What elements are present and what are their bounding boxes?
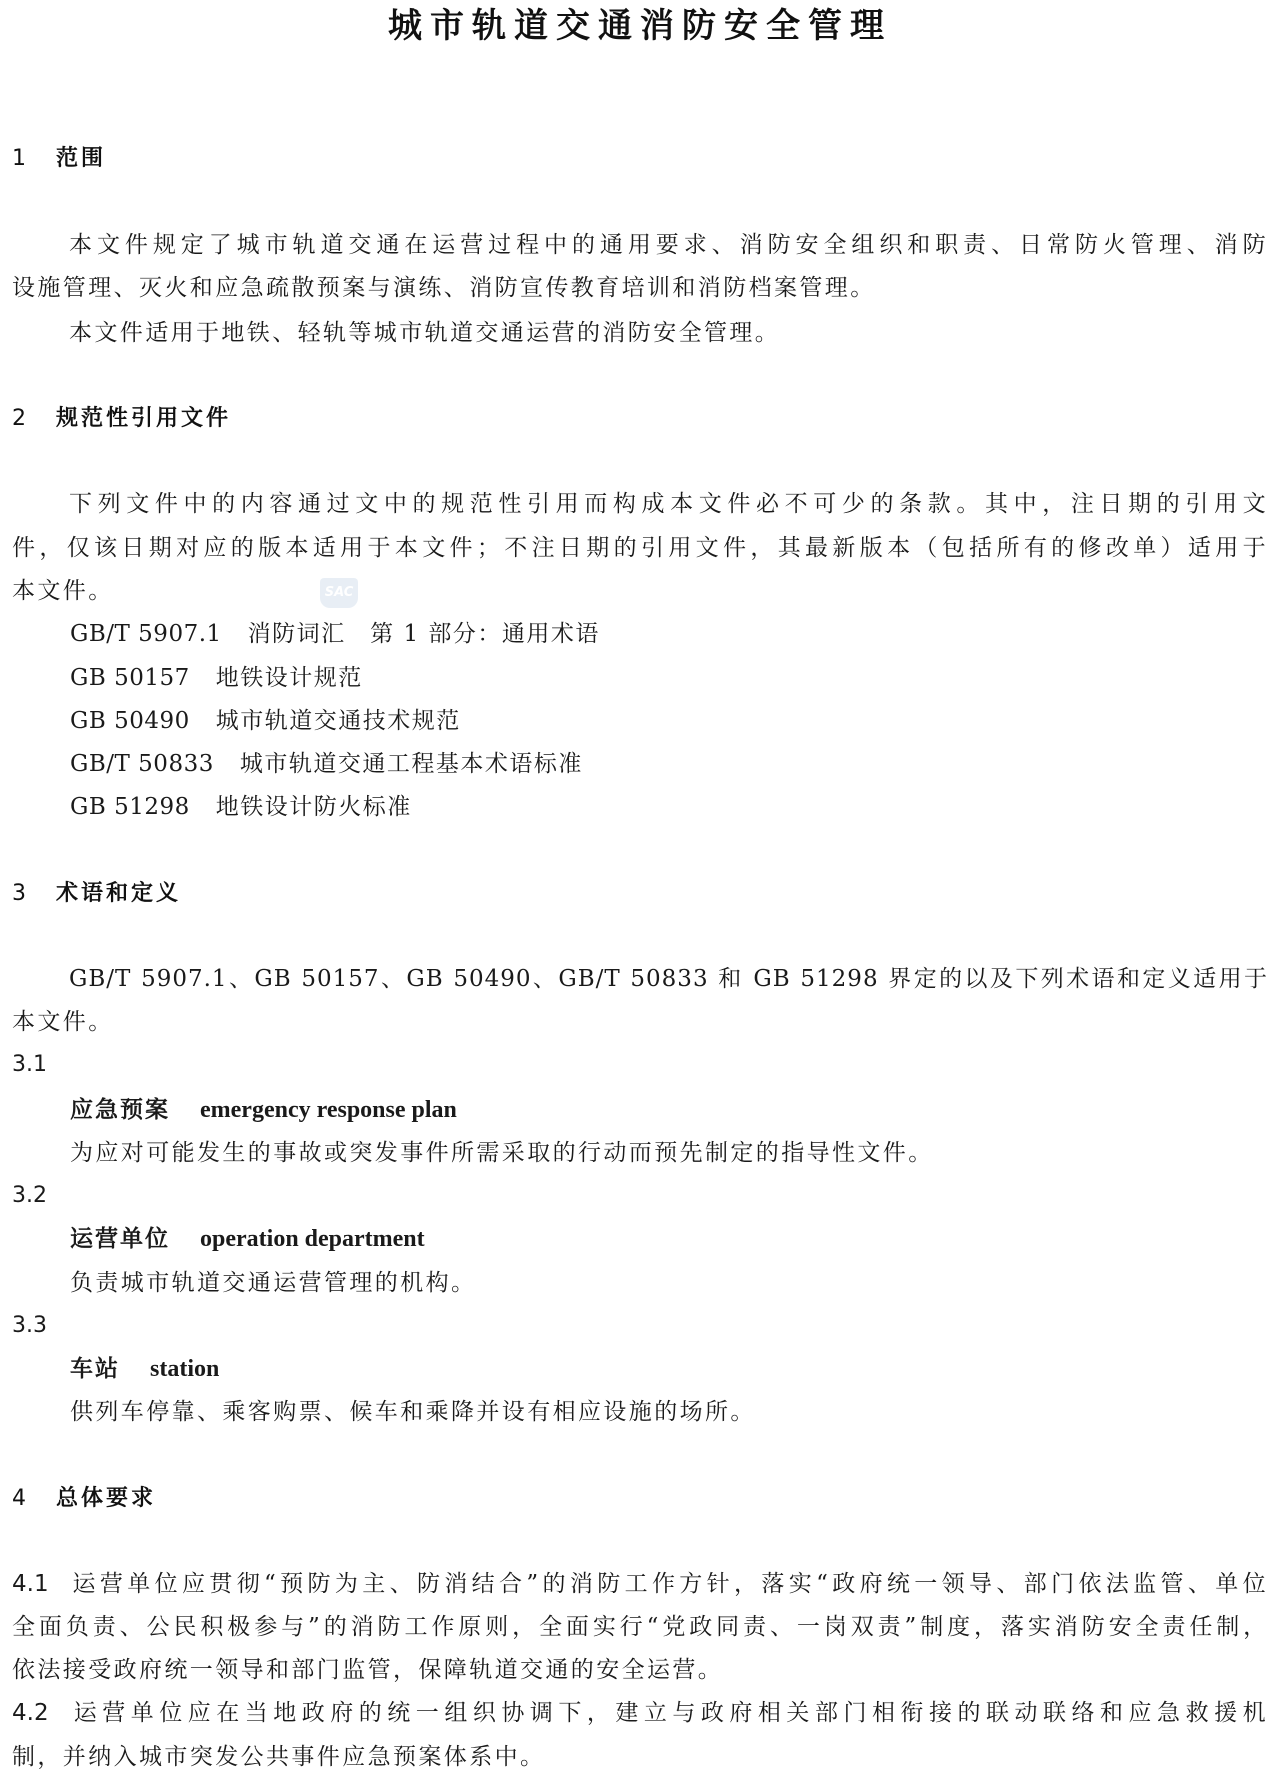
reference-title: 城市轨道交通工程基本术语标准	[240, 751, 583, 777]
term-number: 3.1	[12, 1049, 47, 1081]
term-number: 3.2	[12, 1180, 47, 1212]
term-en: emergency response plan	[200, 1097, 457, 1123]
reference-item: GB/T 50833城市轨道交通工程基本术语标准	[70, 747, 583, 781]
clause-line: 4.2运营单位应在当地政府的统一组织协调下，建立与政府相关部门相衔接的联动联络和…	[12, 1696, 1268, 1730]
clause-line: 全面负责、公民积极参与”的消防工作原则，全面实行“党政同责、一岗双责”制度，落实…	[12, 1610, 1268, 1644]
section-heading-general-requirements: 4 总体要求	[0, 1484, 400, 1514]
term-entry: 车站station	[70, 1352, 219, 1386]
clause-number: 4.1	[12, 1571, 49, 1597]
section-heading-scope: 1 范围	[0, 144, 400, 174]
section-title: 规范性引用文件	[56, 404, 231, 434]
term-entry: 运营单位operation department	[70, 1222, 425, 1256]
paragraph-line: 本文件适用于地铁、轻轨等城市轨道交通运营的消防安全管理。	[12, 316, 1268, 350]
term-entry: 应急预案emergency response plan	[70, 1093, 457, 1127]
section-number: 4	[12, 1484, 26, 1514]
clause-line: 依法接受政府统一领导和部门监管，保障轨道交通的安全运营。	[12, 1653, 1268, 1687]
section-title: 范围	[56, 144, 106, 174]
clause-text: 运营单位应贯彻“预防为主、防消结合”的消防工作方针，落实“政府统一领导、部门依法…	[71, 1571, 1268, 1597]
paragraph-line: GB/T 5907.1、GB 50157、GB 50490、GB/T 50833…	[12, 962, 1268, 996]
reference-title: 消防词汇 第 1 部分：通用术语	[248, 621, 600, 647]
term-number: 3.3	[12, 1310, 47, 1342]
reference-code: GB 50490	[70, 704, 190, 738]
term-definition: 供列车停靠、乘客购票、候车和乘降并设有相应设施的场所。	[70, 1395, 756, 1429]
section-number: 2	[12, 404, 26, 434]
reference-item: GB 50490城市轨道交通技术规范	[70, 704, 461, 738]
reference-item: GB 51298地铁设计防火标准	[70, 790, 412, 824]
reference-item: GB/T 5907.1消防词汇 第 1 部分：通用术语	[70, 617, 600, 651]
section-number: 1	[12, 144, 26, 174]
section-heading-normative-references: 2 规范性引用文件	[0, 404, 400, 434]
clause-text: 运营单位应在当地政府的统一组织协调下，建立与政府相关部门相衔接的联动联络和应急救…	[71, 1700, 1268, 1726]
reference-code: GB 50157	[70, 661, 190, 695]
paragraph-line: 本文件。	[12, 574, 1268, 608]
reference-item: GB 50157地铁设计规范	[70, 661, 363, 695]
document-title: 城市轨道交通消防安全管理	[0, 4, 1280, 48]
term-zh: 应急预案	[70, 1097, 170, 1123]
term-definition: 为应对可能发生的事故或突发事件所需采取的行动而预先制定的指导性文件。	[70, 1136, 934, 1170]
reference-title: 城市轨道交通技术规范	[216, 708, 461, 734]
paragraph-line: 本文件规定了城市轨道交通在运营过程中的通用要求、消防安全组织和职责、日常防火管理…	[12, 228, 1268, 262]
term-definition: 负责城市轨道交通运营管理的机构。	[70, 1266, 476, 1300]
section-heading-terms-and-definitions: 3 术语和定义	[0, 879, 400, 909]
clause-number: 4.2	[12, 1700, 49, 1726]
term-zh: 车站	[70, 1356, 120, 1382]
section-title: 术语和定义	[56, 879, 181, 909]
paragraph-line: 设施管理、灭火和应急疏散预案与演练、消防宣传教育培训和消防档案管理。	[12, 271, 1268, 305]
term-en: operation department	[200, 1226, 425, 1252]
sac-watermark-logo: SAC	[320, 578, 358, 608]
reference-code: GB/T 50833	[70, 747, 214, 781]
clause-line: 4.1运营单位应贯彻“预防为主、防消结合”的消防工作方针，落实“政府统一领导、部…	[12, 1567, 1268, 1601]
reference-title: 地铁设计规范	[216, 665, 363, 691]
term-zh: 运营单位	[70, 1226, 170, 1252]
reference-code: GB 51298	[70, 790, 190, 824]
paragraph-line: 本文件。	[12, 1005, 1268, 1039]
clause-line: 制，并纳入城市突发公共事件应急预案体系中。	[12, 1740, 1268, 1774]
section-title: 总体要求	[56, 1484, 156, 1514]
paragraph-line: 件，仅该日期对应的版本适用于本文件；不注日期的引用文件，其最新版本（包括所有的修…	[12, 531, 1268, 565]
reference-title: 地铁设计防火标准	[216, 794, 412, 820]
reference-code: GB/T 5907.1	[70, 617, 222, 651]
paragraph-line: 下列文件中的内容通过文中的规范性引用而构成本文件必不可少的条款。其中，注日期的引…	[12, 487, 1268, 521]
section-number: 3	[12, 879, 26, 909]
term-en: station	[150, 1356, 219, 1382]
